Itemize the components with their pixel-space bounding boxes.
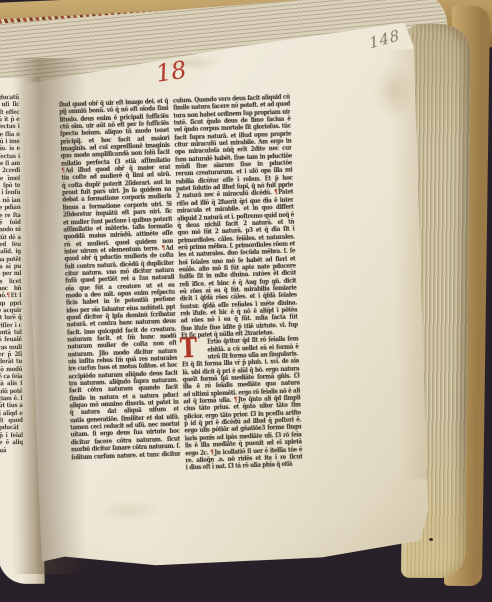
pilcrow-rubric: ¶ — [6, 292, 10, 299]
pilcrow-rubric: ¶ — [210, 448, 214, 456]
printed-folio-number: 18 — [154, 57, 188, 85]
foxing-spot — [372, 61, 416, 120]
facing-page-text-fragment: pducatūr uſi ſic eſt effectū īt p̄ effec… — [0, 94, 23, 472]
pilcrow-rubric: ¶ — [274, 189, 278, 197]
recto-page: 18 148 ſlud quod obr̄ q̄ uir eſt imago d… — [18, 19, 433, 572]
pilcrow-rubric: ¶ — [161, 245, 165, 252]
pilcrow-rubric: ¶ — [234, 396, 238, 404]
ink-speck — [429, 538, 433, 541]
pilcrow-rubric: ¶ — [61, 167, 65, 175]
text-column-right: culum. Quando vero deus facit aliquid cū… — [173, 94, 303, 472]
drop-initial-rubric: T — [179, 337, 197, 361]
handwritten-folio-number: 148 — [368, 26, 402, 53]
text-column-left: ſlud quod obr̄ q̄ uir eſt imago dei. et … — [59, 98, 181, 461]
book-photograph: pducatūr uſi ſic eſt effectū īt p̄ effec… — [0, 0, 492, 602]
foxing-spot — [95, 498, 166, 522]
